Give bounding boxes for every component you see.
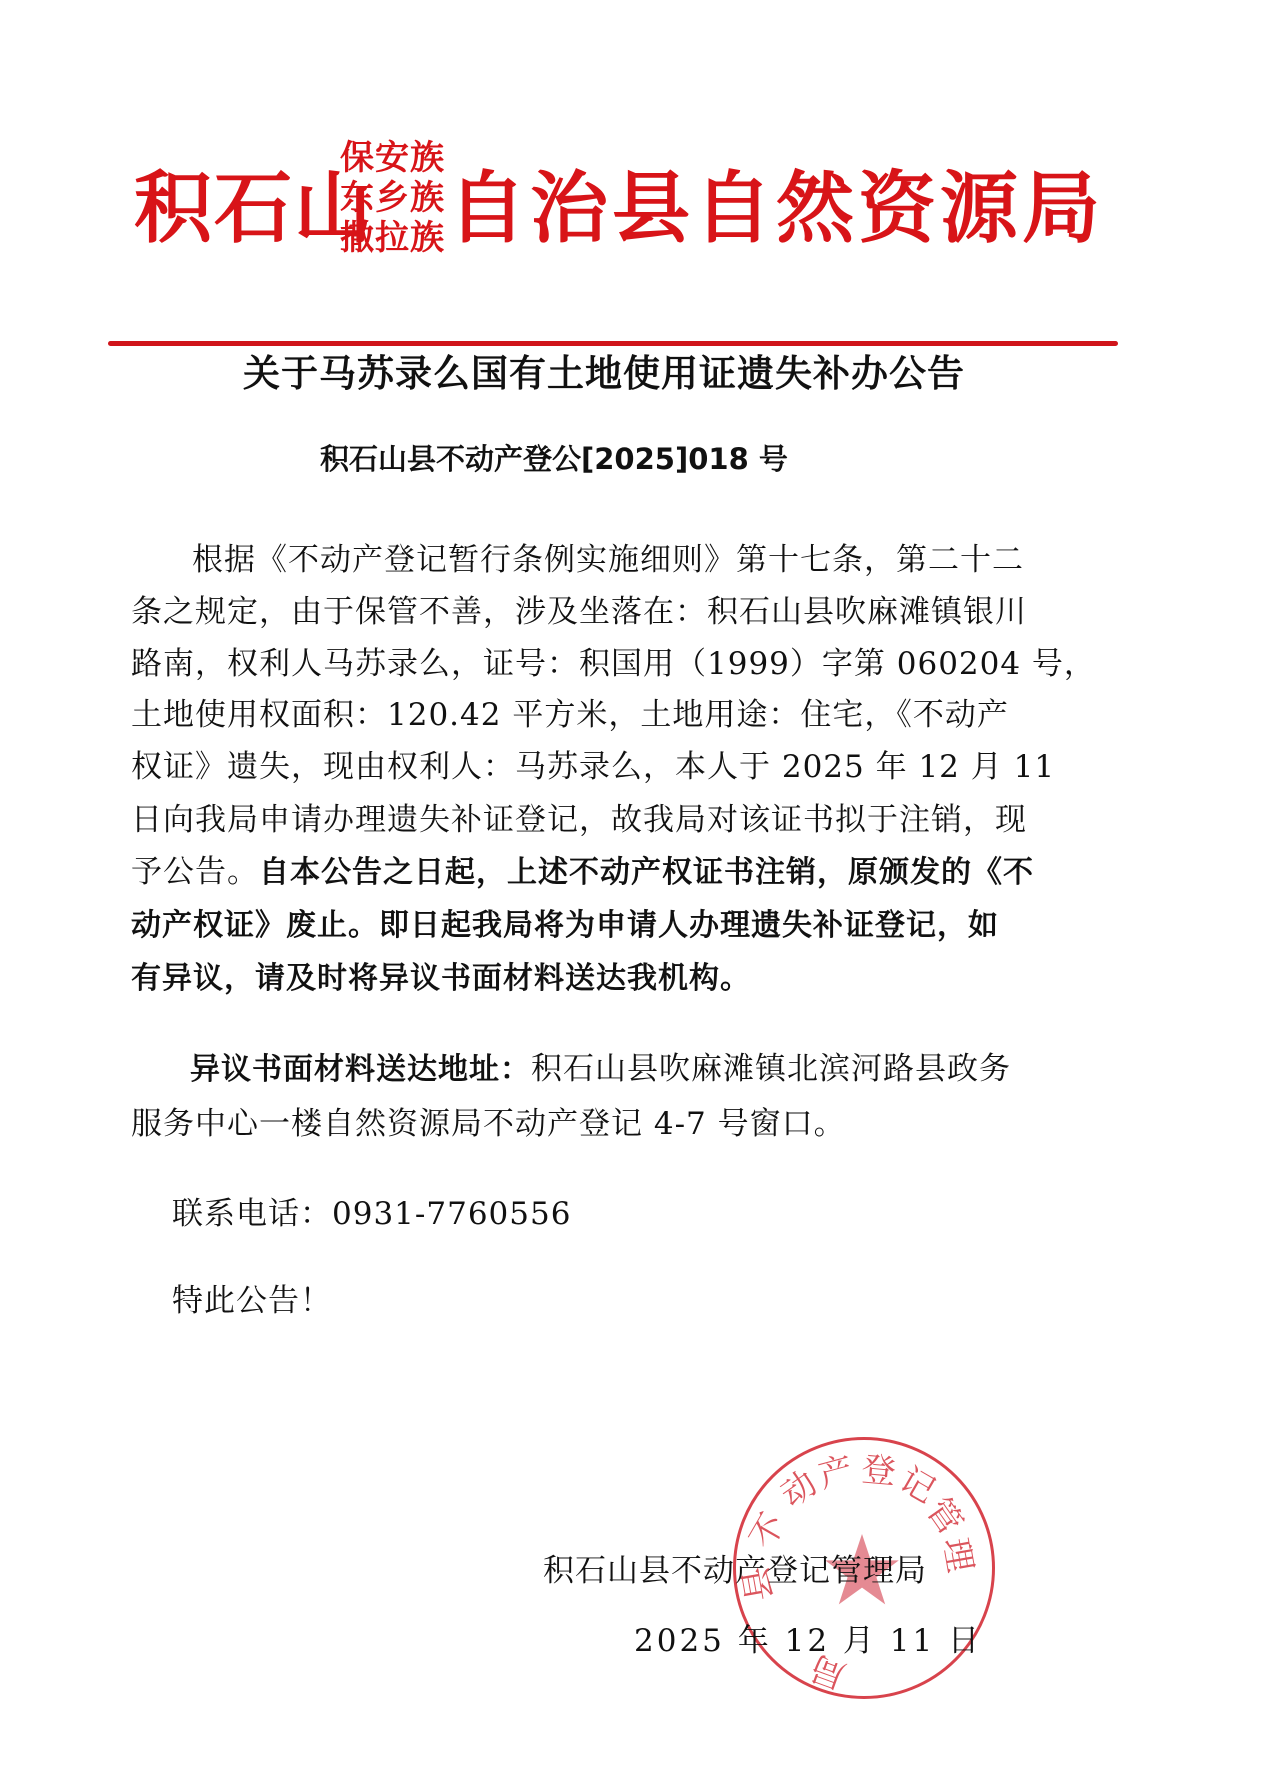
objection-address-value: 积石山县吹麻滩镇北滨河路县政务 xyxy=(531,1051,1011,1087)
seal-char-5: 登 xyxy=(860,1442,898,1494)
body-line-7: 予公告。自本公告之日起，上述不动产权证书注销，原颁发的《不 xyxy=(131,846,1034,891)
body-line-7-bold: 自本公告之日起，上述不动产权证书注销，原颁发的《不 xyxy=(259,855,1034,890)
ethnic-group-sala: 撒拉族 xyxy=(340,218,445,258)
closing-text: 特此公告！ xyxy=(172,1275,332,1320)
notice-title: 关于马苏录么国有土地使用证遗失补办公告 xyxy=(243,343,965,397)
body-line-1: 根据《不动产登记暂行条例实施细则》第十七条，第二十二 xyxy=(192,534,1024,579)
objection-address-line-1: 异议书面材料送达地址：积石山县吹麻滩镇北滨河路县政务 xyxy=(190,1043,1011,1088)
body-line-9-bold: 有异议，请及时将异议书面材料送达我机构。 xyxy=(131,953,751,997)
ethnic-group-dongxiang: 东乡族 xyxy=(340,178,445,218)
issue-date: 2025 年 12 月 11 日 xyxy=(634,1615,982,1660)
letterhead-county-name: 积石山 xyxy=(134,170,374,248)
objection-address-label: 异议书面材料送达地址： xyxy=(190,1052,531,1087)
contact-label: 联系电话： xyxy=(172,1196,332,1232)
body-line-5: 权证》遗失，现由权利人：马苏录么，本人于 2025 年 12 月 11 xyxy=(131,741,1055,786)
body-line-7-regular: 予公告。 xyxy=(131,854,259,890)
letterhead-bureau-name: 自治县自然资源局 xyxy=(448,170,1104,248)
ethnic-group-baoan: 保安族 xyxy=(340,138,445,178)
body-line-8-bold: 动产权证》废止。即日起我局将为申请人办理遗失补证登记，如 xyxy=(131,900,999,944)
contact-phone: 0931-7760556 xyxy=(332,1196,571,1232)
body-line-2: 条之规定，由于保管不善，涉及坐落在：积石山县吹麻滩镇银川 xyxy=(131,586,1027,631)
document-number: 积石山县不动产登公[2025]018 号 xyxy=(320,437,788,478)
letterhead-ethnic-groups: 保安族 东乡族 撒拉族 xyxy=(340,138,445,258)
issuing-organization: 积石山县不动产登记管理局 xyxy=(543,1545,927,1590)
objection-address-line-2: 服务中心一楼自然资源局不动产登记 4-7 号窗口。 xyxy=(131,1098,846,1143)
body-line-4: 土地使用权面积：120.42 平方米，土地用途：住宅，《不动产 xyxy=(131,689,1009,734)
contact-line: 联系电话：0931-7760556 xyxy=(172,1188,571,1233)
body-line-3: 路南，权利人马苏录么，证号：积国用（1999）字第 060204 号， xyxy=(131,638,1096,683)
body-line-6: 日向我局申请办理遗失补证登记，故我局对该证书拟于注销，现 xyxy=(131,794,1027,839)
